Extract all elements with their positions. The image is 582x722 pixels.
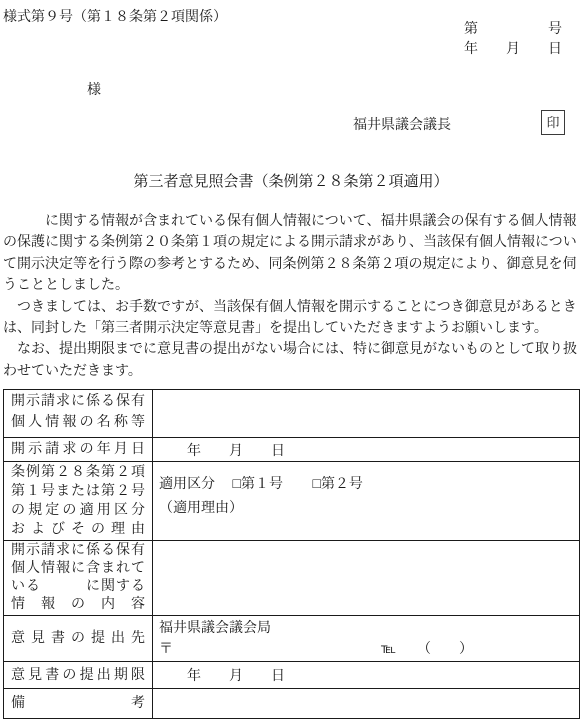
body-line: わせていただきます。 <box>3 361 581 382</box>
body-line: て開示決定等を行う際の参考とするため、同条例第２８条第２項の規定により、御意見を… <box>3 254 581 275</box>
inquiry-table: 開示請求に係る保有 個人情報の名称等 開示請求の年月日 年 月 日 条例第２８条… <box>3 389 580 719</box>
document-number-block: 第 号 年 月 日 <box>464 20 562 59</box>
body-line: なお、提出期限までに意見書の提出がない場合には、特に御意見がないものとして取り扱 <box>3 339 581 360</box>
seal-mark: 印 <box>546 115 559 130</box>
document-number-line: 第 号 <box>464 20 562 40</box>
clause1-option-label: 第１号 <box>241 477 283 492</box>
body-line: うこととしました。 <box>3 275 581 296</box>
checkbox-clause1-icon[interactable]: □ <box>233 477 241 492</box>
submission-address-line: 〒 ℡ （ ） <box>159 639 573 660</box>
document-date-line: 年 月 日 <box>464 40 562 60</box>
row-applicable-clause-value: 適用区分 □第１号 □第２号 （適用理由） <box>153 462 580 541</box>
seal-box: 印 <box>541 110 565 135</box>
body-line: つきましては、お手数ですが、当該保有個人情報を開示することにつき御意見があるとき <box>3 297 581 318</box>
applicable-category-label: 適用区分 <box>159 477 215 492</box>
form-number-label: 様式第９号（第１８条第２項関係） <box>3 6 227 26</box>
row-request-date-label: 開示請求の年月日 <box>4 438 153 462</box>
row-remarks-value <box>153 689 580 719</box>
table-row: 開示請求に係る保有 個人情報に含まれて いる に関する 情報の内容 <box>4 541 580 616</box>
submission-office: 福井県議会議会局 <box>159 618 573 639</box>
row-submission-deadline-value: 年 月 日 <box>153 662 580 689</box>
row-info-content-label: 開示請求に係る保有 個人情報に含まれて いる に関する 情報の内容 <box>4 541 153 616</box>
row-applicable-clause-label: 条例第２８条第２項 第１号または第２号 の規定の適用区分 およびその理由 <box>4 462 153 541</box>
row-info-content-value <box>153 541 580 616</box>
body-line: の保護に関する条例第２０条第１項の規定による開示請求があり、当該保有個人情報につ… <box>3 232 581 253</box>
body-line: に関する情報が含まれている保有個人情報について、福井県議会の保有する個人情報 <box>3 211 581 232</box>
row-submission-deadline-label: 意見書の提出期限 <box>4 662 153 689</box>
postal-mark: 〒 <box>159 642 173 657</box>
row-personal-info-name-label: 開示請求に係る保有 個人情報の名称等 <box>4 390 153 438</box>
clause2-option-label: 第２号 <box>321 477 363 492</box>
row-personal-info-name-value <box>153 390 580 438</box>
row-remarks-label: 備 考 <box>4 689 153 719</box>
table-row: 開示請求の年月日 年 月 日 <box>4 438 580 462</box>
body-text: に関する情報が含まれている保有個人情報について、福井県議会の保有する個人情報 の… <box>3 211 581 382</box>
tel-field: ℡ （ ） <box>381 639 473 660</box>
addressee-honorific: 様 <box>87 79 101 99</box>
body-line: は、同封した「第三者開示決定等意見書」を提出していただきますようお願いします。 <box>3 318 581 339</box>
applicable-reason-label: （適用理由） <box>159 499 573 519</box>
row-submission-address-label: 意見書の提出先 <box>4 616 153 662</box>
table-row: 備 考 <box>4 689 580 719</box>
clause1-option: □第１号 <box>233 477 283 492</box>
table-row: 条例第２８条第２項 第１号または第２号 の規定の適用区分 およびその理由 適用区… <box>4 462 580 541</box>
applicable-category-line: 適用区分 □第１号 □第２号 <box>159 475 573 495</box>
document-title: 第三者意見照会書（条例第２８条第２項適用） <box>0 170 582 191</box>
clause2-option: □第２号 <box>312 477 362 492</box>
checkbox-clause2-icon[interactable]: □ <box>312 477 320 492</box>
row-request-date-value: 年 月 日 <box>153 438 580 462</box>
table-row: 開示請求に係る保有 個人情報の名称等 <box>4 390 580 438</box>
table-row: 意見書の提出先 福井県議会議会局 〒 ℡ （ ） <box>4 616 580 662</box>
sender-title: 福井県議会議長 <box>353 114 451 134</box>
table-row: 意見書の提出期限 年 月 日 <box>4 662 580 689</box>
document-page: 様式第９号（第１８条第２項関係） 第 号 年 月 日 様 福井県議会議長 印 第… <box>0 0 582 722</box>
row-submission-address-value: 福井県議会議会局 〒 ℡ （ ） <box>153 616 580 662</box>
